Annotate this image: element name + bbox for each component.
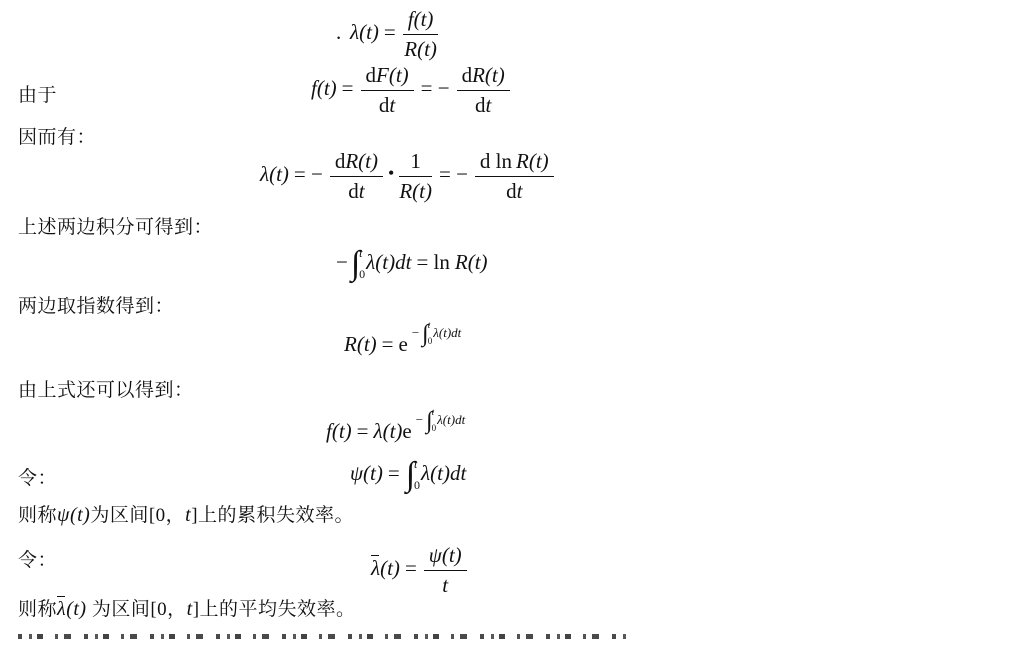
denominator: dt (330, 177, 383, 204)
formula-pdf-exponential: f(t)=λ(t)e−∫t0λ(t)dt (326, 408, 465, 444)
text-post: ]上的平均失效率。 (193, 599, 356, 620)
d-ln-operator: d ln (480, 149, 512, 173)
math-lhs: f(t) (311, 76, 337, 100)
integrand: λ(t)dt (366, 250, 411, 274)
formula-cumulative-failure-rate: ψ(t)=∫t0λ(t)dt (350, 457, 466, 493)
math-lhs: f(t) (326, 419, 352, 443)
denominator: dt (457, 91, 510, 118)
math-lhs: ψ(t) (350, 461, 383, 485)
minus-sign: − (414, 412, 425, 427)
inline-lambda-bar: λ (57, 597, 66, 621)
math-lhs: λ(t) (350, 20, 379, 44)
formula-failure-rate-definition: λ(t)=f(t)R(t) (350, 6, 440, 62)
label-since: 由于 (18, 84, 57, 108)
lower-limit: 0 (432, 424, 437, 433)
denominator: t (424, 571, 467, 598)
upper-limit: t (359, 247, 362, 259)
integral: ∫t0 (351, 246, 365, 282)
equals-sign: = (352, 419, 374, 443)
upper-limit: t (414, 458, 417, 470)
integral-limits: t0 (428, 321, 433, 347)
coefficient: λ(t) (374, 419, 403, 443)
equals-sign: = (377, 332, 399, 356)
formula-integral-both-sides: −∫t0λ(t)dt= lnR(t) (336, 246, 488, 282)
label-take-exponent: 两边取指数得到： (18, 295, 174, 319)
denominator: dt (475, 177, 554, 204)
integral-limits: t0 (359, 246, 365, 282)
label-let-2: 令： (18, 549, 57, 573)
integrand: λ(t)dt (433, 325, 461, 340)
numerator: dF(t) (361, 62, 414, 91)
label-integrate-both-sides: 上述两边积分可得到： (18, 216, 213, 240)
numerator: ψ(t) (424, 542, 467, 571)
multiplication-dot: • (385, 163, 397, 183)
differential-d: d (506, 179, 517, 203)
upper-limit: t (428, 321, 431, 330)
text-mid: 为区间[0， (87, 599, 187, 620)
differential-d: d (462, 63, 473, 87)
exponent-group: −∫t0λ(t)dt (410, 321, 461, 347)
formula-average-failure-rate: λ(t)=ψ(t)t (371, 542, 469, 598)
lower-limit: 0 (414, 479, 420, 491)
equals-sign: = (400, 556, 422, 580)
truncated-bottom-text-line (18, 634, 630, 639)
argument: (t) (380, 556, 400, 580)
equals-minus: = − (434, 162, 473, 186)
label-from-above: 由上式还可以得到： (18, 379, 194, 403)
differential-d: d (335, 149, 346, 173)
equals-ln: = ln (411, 250, 454, 274)
variable: R(t) (345, 149, 378, 173)
differential-d: d (348, 179, 359, 203)
minus-sign: − (410, 325, 421, 340)
lower-limit: 0 (359, 268, 365, 280)
formula-pdf-derivative: f(t)=dF(t)dt= −dR(t)dt (311, 62, 512, 118)
text-mid: 为区间[0， (90, 505, 185, 526)
label-let-1: 令： (18, 467, 57, 491)
fraction: dF(t)dt (361, 62, 414, 118)
math-lhs: R(t) (344, 332, 377, 356)
fraction: ψ(t)t (424, 542, 467, 598)
equals-sign: = (383, 461, 405, 485)
fraction: dR(t)dt (457, 62, 510, 118)
equals-sign: = (379, 20, 401, 44)
denominator: R(t) (403, 35, 439, 62)
differential-d: d (379, 93, 390, 117)
text-pre: 则称 (18, 599, 57, 620)
integral-limits: t0 (414, 457, 420, 493)
variable: t (389, 93, 395, 117)
text-pre: 则称 (18, 505, 57, 526)
math-lhs: λ(t) (260, 162, 289, 186)
differential-d: d (366, 63, 377, 87)
fraction: dR(t)dt (330, 148, 383, 204)
math-rhs: R(t) (455, 250, 488, 274)
denominator: R(t) (399, 177, 432, 204)
integrand: λ(t)dt (421, 461, 466, 485)
equals-sign: = (337, 76, 359, 100)
equals-minus: = − (289, 162, 328, 186)
euler-e: e (402, 419, 411, 443)
line-cumulative-definition: 则称ψ(t)为区间[0，t]上的累积失效率。 (18, 503, 354, 528)
exponent-group: −∫t0λ(t)dt (414, 408, 465, 434)
differential-d: d (475, 93, 486, 117)
label-therefore: 因而有： (18, 126, 96, 150)
fraction: d lnR(t)dt (475, 148, 554, 204)
variable: R(t) (472, 63, 505, 87)
lambda-bar: λ (371, 556, 380, 581)
variable: t (486, 93, 492, 117)
numerator: f(t) (403, 6, 439, 35)
leading-period: . (336, 20, 341, 45)
inline-argument: (t) (66, 598, 86, 620)
formula-failure-rate-expanded: λ(t)= −dR(t)dt•1R(t)= −d lnR(t)dt (260, 148, 556, 204)
numerator: dR(t) (330, 148, 383, 177)
numerator: 1 (399, 148, 432, 177)
integral: ∫t0 (422, 321, 432, 347)
euler-e: e (399, 332, 408, 356)
fraction: f(t)R(t) (403, 6, 439, 62)
lower-limit: 0 (428, 337, 433, 346)
equals-minus: = − (416, 76, 455, 100)
integral: ∫t0 (426, 408, 436, 434)
numerator: dR(t) (457, 62, 510, 91)
text-post: ]上的累积失效率。 (191, 505, 354, 526)
variable: R(t) (516, 149, 549, 173)
scanned-textbook-page: . λ(t)=f(t)R(t) 由于 f(t)=dF(t)dt= −dR(t)d… (0, 0, 1024, 650)
line-average-definition: 则称λ(t) 为区间[0，t]上的平均失效率。 (18, 597, 356, 622)
fraction: 1R(t) (399, 148, 432, 204)
inline-math-psi: ψ(t) (57, 504, 90, 526)
upper-limit: t (432, 408, 435, 417)
integrand: λ(t)dt (437, 412, 465, 427)
variable: F(t) (376, 63, 409, 87)
integral-limits: t0 (432, 408, 437, 434)
minus-sign: − (336, 250, 350, 274)
denominator: dt (361, 91, 414, 118)
numerator: d lnR(t) (475, 148, 554, 177)
variable: t (359, 179, 365, 203)
integral: ∫t0 (406, 457, 420, 493)
formula-reliability-exponential: R(t)=e−∫t0λ(t)dt (344, 321, 461, 357)
variable: t (517, 179, 523, 203)
